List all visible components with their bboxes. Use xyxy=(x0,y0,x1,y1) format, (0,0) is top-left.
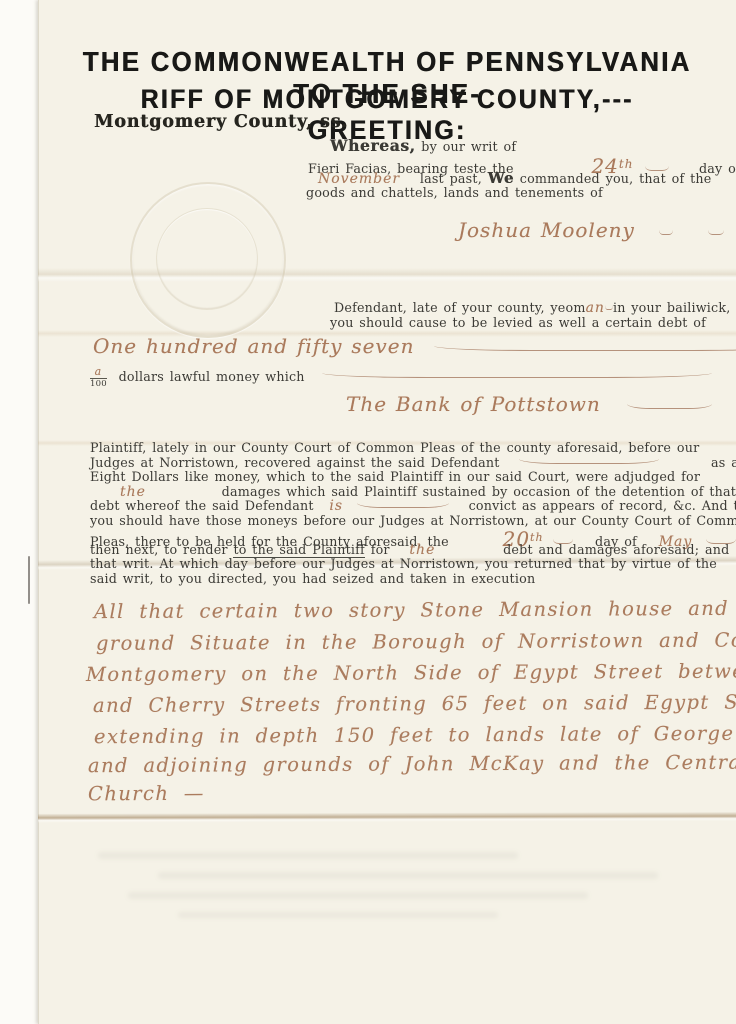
dollars-printed: dollars lawful money which xyxy=(119,369,305,384)
property-line: and adjoining grounds of John McKay and … xyxy=(88,750,736,777)
defendant-name-line: Joshua Mooleny xyxy=(458,218,724,242)
paper-left-edge xyxy=(38,0,39,1024)
commanded-printed: commanded you, that of the xyxy=(520,171,712,186)
fraction-denominator: 100 xyxy=(90,379,107,389)
legal-line-5-text-a: debt whereof the said Defendant xyxy=(90,498,314,513)
legal-line-1: Plaintiff, lately in our County Court of… xyxy=(90,440,699,455)
dollars-line: a100 dollars lawful money which xyxy=(90,366,712,389)
flourish-dash xyxy=(357,503,449,508)
bleed-through-line xyxy=(158,872,658,879)
legal-line-10: said writ, to you directed, you had seiz… xyxy=(90,571,535,586)
defendant-printed-a: Defendant, late of your county, yeom xyxy=(334,300,586,315)
flourish-dash xyxy=(627,404,712,409)
legal-line-8-text-a: then next, to render xyxy=(90,542,228,557)
embossed-seal-inner-ring xyxy=(156,208,258,310)
bleed-through-line xyxy=(178,912,498,918)
cents-fraction: a100 xyxy=(90,366,107,389)
legal-line-2: Judges at Norristown, recovered against … xyxy=(90,455,736,470)
defendant-printed-b: in your bailiwick, xyxy=(613,300,731,315)
flourish-long-dash xyxy=(434,346,736,351)
property-line: extending in depth 150 feet to lands lat… xyxy=(94,721,736,748)
legal-line-4-text: damages which said Plaintiff sustained b… xyxy=(222,484,736,499)
flourish-long-dash xyxy=(322,373,712,378)
property-line: and Cherry Streets fronting 65 feet on s… xyxy=(93,690,736,717)
amount-line: One hundred and fifty seven xyxy=(93,334,736,358)
legal-line-6: you should have those moneys before our … xyxy=(90,513,736,528)
margin-pen-mark xyxy=(28,556,30,604)
property-line: Montgomery on the North Side of Egypt St… xyxy=(86,659,736,686)
legal-line-2-text: Judges at Norristown, recovered against … xyxy=(90,455,500,470)
flourish-squiggle xyxy=(708,230,724,235)
embossed-seal xyxy=(130,182,286,338)
plaintiff-name-line: The Bank of Pottstown xyxy=(346,392,712,416)
bleed-through-line xyxy=(128,892,588,899)
legal-line-3: Eight Dollars like money, which to the s… xyxy=(90,469,700,484)
flourish-squiggle xyxy=(659,230,673,235)
property-line: ground Situate in the Borough of Norrist… xyxy=(96,628,736,655)
flourish-dash xyxy=(605,305,613,310)
legal-line-8-for: for xyxy=(371,542,390,557)
handwritten-fraction-numerator: a xyxy=(90,366,107,379)
scanned-legal-document: { "ink_colors": { "print_ink": "#3b3a35"… xyxy=(0,0,736,1024)
fold-crease-5 xyxy=(38,812,736,823)
handwritten-amount: One hundred and fifty seven xyxy=(93,334,414,358)
legal-line-5-text-b: convict as appears of record, &c. And th… xyxy=(469,498,736,513)
last-past-printed: last past, xyxy=(420,171,482,186)
paper-sheet: THE COMMONWEALTH OF PENNSYLVANIA TO THE … xyxy=(38,0,736,1024)
property-line: Church — xyxy=(88,782,205,806)
bleed-through-line xyxy=(98,852,518,859)
legal-line-8-text-b: debt and damages aforesaid; and xyxy=(503,542,729,557)
whereas-line: Whereas, by our writ of xyxy=(330,136,516,155)
defendant-clause-line2: you should cause to be levied as well a … xyxy=(330,315,706,330)
whereas-rest: by our writ of xyxy=(421,139,516,154)
whereas-word: Whereas, xyxy=(330,136,416,155)
goods-line: goods and chattels, lands and tenements … xyxy=(306,185,603,200)
legal-line-2-tail: as also xyxy=(711,455,736,470)
handwritten-defendant-name: Joshua Mooleny xyxy=(458,218,635,242)
property-line: All that certain two story Stone Mansion… xyxy=(94,596,736,623)
flourish-dash xyxy=(519,459,659,464)
legal-line-9: that writ. At which day before our Judge… xyxy=(90,556,717,571)
handwritten-plaintiff-name: The Bank of Pottstown xyxy=(346,392,601,416)
county-ss-caption: Montgomery County, ss. xyxy=(94,112,348,132)
